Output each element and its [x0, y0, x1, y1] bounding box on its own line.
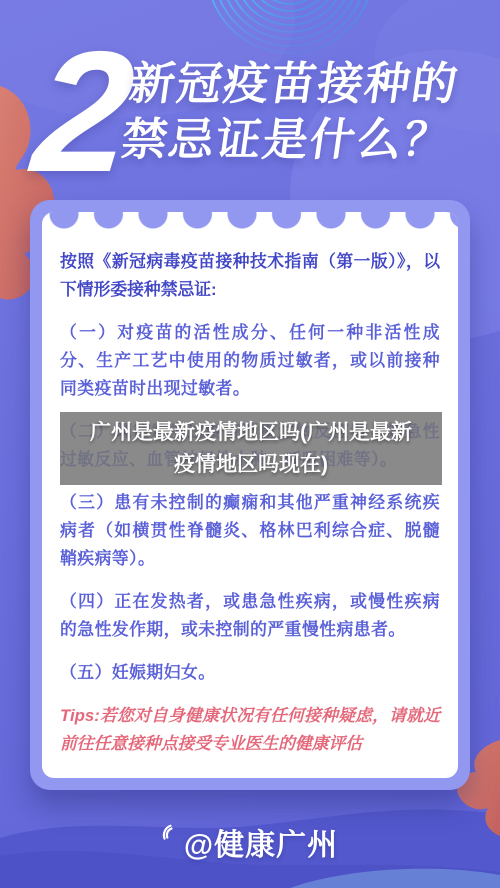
- contraindication-list: （一）对疫苗的活性成分、任何一种非活性成分、生产工艺中使用的物质过敏者，或以前接…: [60, 319, 440, 687]
- title-line-1: 新冠疫苗接种的: [126, 56, 484, 112]
- contraindication-item: （四）正在发热者，或患急性疾病，或慢性疾病的急性发作期，或未控制的严重慢性病患者…: [60, 588, 440, 644]
- poster-background: 2 新冠疫苗接种的 禁忌证是什么？ 按照《新冠病毒疫苗接种技术指南（第一版）》，…: [0, 0, 500, 888]
- contraindication-item: （一）对疫苗的活性成分、任何一种非活性成分、生产工艺中使用的物质过敏者，或以前接…: [60, 319, 440, 403]
- card-intro: 按照《新冠病毒疫苗接种技术指南（第一版）》，以下情形委接种禁忌证:: [60, 248, 440, 304]
- brand-name: @健康广州: [184, 820, 338, 864]
- brand-footer: @健康广州: [0, 820, 500, 864]
- tips-note: Tips:若您对自身健康状况有任何接种疑虑，请就近前往任意接种点接受专业医生的健…: [60, 702, 440, 758]
- contraindication-item: （三）患有未控制的癫痫和其他严重神经系统疾病者（如横贯性脊髓炎、格林巴利综合症、…: [60, 489, 440, 573]
- section-number: 2: [27, 26, 141, 198]
- overlay-line-2: 疫情地区吗现在): [62, 449, 440, 481]
- overlay-line-1: 广州是最新疫情地区吗(广州是最新: [62, 417, 440, 449]
- title-line-2: 禁忌证是什么？: [118, 112, 476, 168]
- watermark-overlay: 广州是最新疫情地区吗(广州是最新 疫情地区吗现在): [60, 412, 442, 485]
- contraindication-item: （五）妊娠期妇女。: [60, 659, 440, 687]
- info-card: 按照《新冠病毒疫苗接种技术指南（第一版）》，以下情形委接种禁忌证: （一）对疫苗…: [30, 200, 470, 790]
- info-card-surface: 按照《新冠病毒疫苗接种技术指南（第一版）》，以下情形委接种禁忌证: （一）对疫苗…: [42, 212, 458, 778]
- signal-waves-icon: [162, 824, 180, 842]
- card-content: 按照《新冠病毒疫苗接种技术指南（第一版）》，以下情形委接种禁忌证: （一）对疫苗…: [42, 212, 458, 778]
- page-title: 新冠疫苗接种的 禁忌证是什么？: [118, 56, 484, 168]
